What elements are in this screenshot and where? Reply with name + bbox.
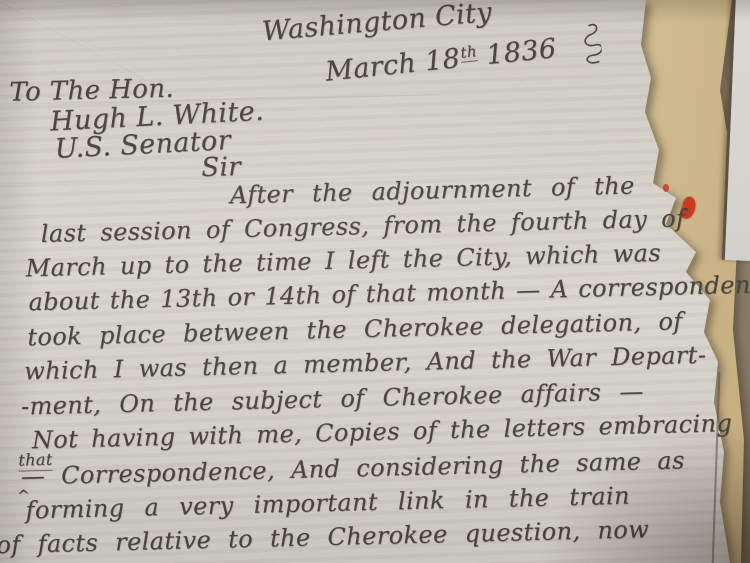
body-line: After the adjournment of the: [230, 171, 635, 209]
letter-text: Washington City March 18th 1836 To The H…: [0, 0, 750, 563]
date-day-suffix: th: [460, 42, 478, 63]
salutation: Sir: [201, 152, 241, 183]
insertion-caret: ^: [17, 486, 30, 504]
letter-photo: Washington City March 18th 1836 To The H…: [0, 0, 750, 563]
date-day: 18: [423, 43, 461, 77]
ink-flourish-icon: [569, 20, 604, 69]
date-month: March: [324, 48, 418, 88]
date-year: 1836: [485, 33, 558, 71]
interlinear-insertion: that: [18, 450, 53, 472]
